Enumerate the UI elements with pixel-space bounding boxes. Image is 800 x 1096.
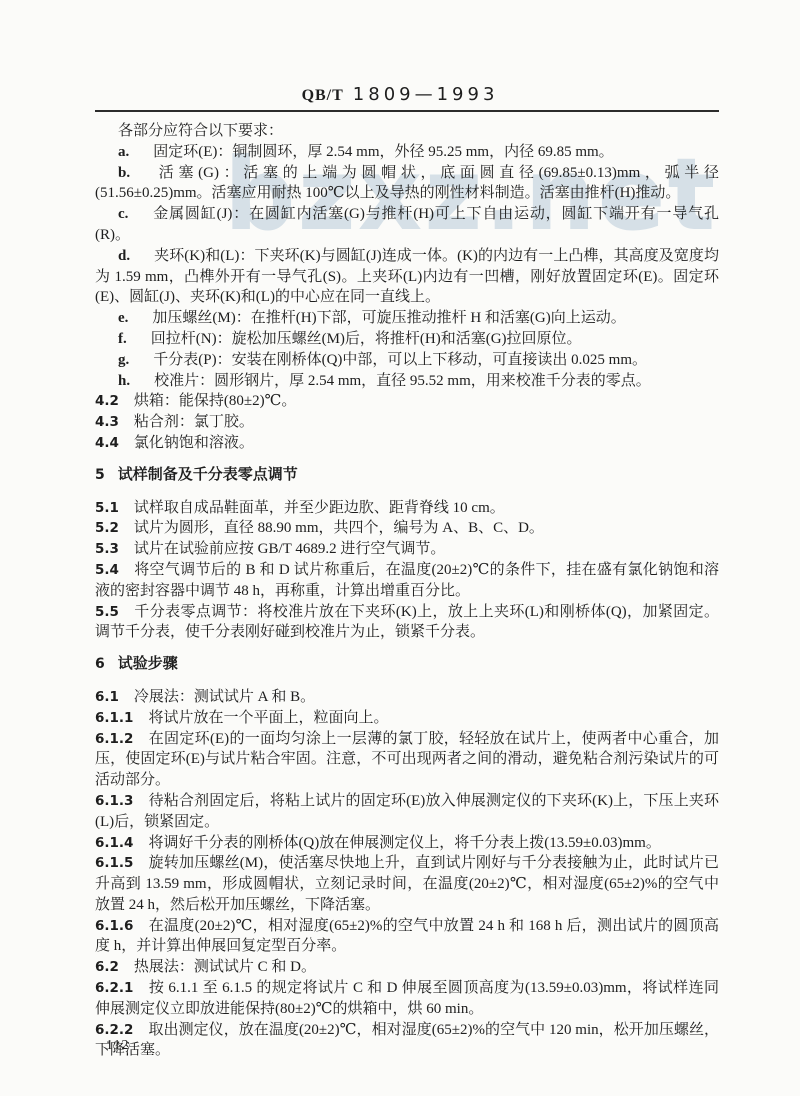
clause-6-2-text: 热展法：测试试片 C 和 D。 (134, 959, 316, 975)
list-item-h: h.校准片：圆形钢片，厚 2.54 mm，直径 95.52 mm，用来校准千分表… (95, 371, 719, 392)
clause-6-1-2: 6.1.2在固定环(E)的一面均匀涂上一层薄的氯丁胶，轻轻放在试片上，使两者中心… (95, 729, 719, 791)
section-5-title: 试样制备及千分表零点调节 (118, 465, 298, 483)
clause-5-5-number: 5.5 (95, 604, 119, 620)
document-body: 各部分应符合以下要求： a.固定环(E)：铜制圆环，厚 2.54 mm，外径 9… (95, 121, 719, 1061)
clause-6-1-3-number: 6.1.3 (95, 793, 133, 809)
clause-6-1-2-text: 在固定环(E)的一面均匀涂上一层薄的氯丁胶，轻轻放在试片上，使两者中心重合，加压… (95, 731, 719, 789)
clause-6-1-3-text: 待粘合剂固定后，将粘上试片的固定环(E)放入伸展测定仪的下夹环(K)上，下压上夹… (95, 793, 719, 830)
list-item-g: g.千分表(P)：安装在刚桥体(Q)中部，可以上下移动，可直接读出 0.025 … (95, 350, 719, 371)
clause-6-2-1-text: 按 6.1.1 至 6.1.5 的规定将试片 C 和 D 伸展至圆顶高度为(13… (95, 980, 719, 1017)
clause-6-1: 6.1冷展法：测试试片 A 和 B。 (95, 687, 719, 708)
clause-6-1-4-text: 将调好千分表的刚桥体(Q)放在伸展测定仪上，将千分表上拨(13.59±0.03)… (148, 835, 660, 851)
clause-6-1-6: 6.1.6在温度(20±2)℃，相对湿度(65±2)%的空气中放置 24 h 和… (95, 916, 719, 958)
standard-code-header: QB/T1809—1993 (0, 84, 800, 105)
clause-4-3-text: 粘合剂：氯丁胶。 (134, 414, 254, 430)
list-item-a: a.固定环(E)：铜制圆环，厚 2.54 mm，外径 95.25 mm，内径 6… (95, 142, 719, 163)
clause-6-2-2-number: 6.2.2 (95, 1022, 133, 1038)
list-item-g-label: g. (118, 352, 129, 368)
clause-4-2-text: 烘箱：能保持(80±2)℃。 (134, 393, 297, 409)
clause-4-3-number: 4.3 (95, 414, 119, 430)
clause-5-2-text: 试片为圆形，直径 88.90 mm，共四个，编号为 A、B、C、D。 (134, 520, 544, 536)
clause-6-1-number: 6.1 (95, 689, 119, 705)
clause-5-4-text: 将空气调节后的 B 和 D 试片称重后，在温度(20±2)℃的条件下，挂在盛有氯… (95, 562, 719, 599)
list-item-d-text: 夹环(K)和(L)：下夹环(K)与圆缸(J)连成一体。(K)的内边有一上凸榫，其… (95, 248, 719, 306)
header-rule (95, 110, 719, 112)
clause-4-4-number: 4.4 (95, 435, 119, 451)
list-item-f: f.回拉杆(N)：旋松加压螺丝(M)后，将推杆(H)和活塞(G)拉回原位。 (95, 329, 719, 350)
section-6-heading: 6试验步骤 (95, 653, 719, 675)
list-item-e-text: 加压螺丝(M)：在推杆(H)下部，可旋压推动推杆 H 和活塞(G)向上运动。 (152, 310, 625, 326)
clause-6-1-6-number: 6.1.6 (95, 918, 133, 934)
list-item-c-text: 金属圆缸(J)：在圆缸内活塞(G)与推杆(H)可上下自由运动，圆缸下端开有一导气… (95, 206, 719, 243)
clause-6-1-6-text: 在温度(20±2)℃，相对湿度(65±2)%的空气中放置 24 h 和 168 … (95, 918, 719, 955)
clause-5-1: 5.1试样取自成品鞋面革，并至少距边肷、距背脊线 10 cm。 (95, 498, 719, 519)
clause-6-2-number: 6.2 (95, 959, 119, 975)
clause-6-1-2-number: 6.1.2 (95, 731, 133, 747)
clause-6-1-5: 6.1.5旋转加压螺丝(M)，使活塞尽快地上升，直到试片刚好与千分表接触为止，此… (95, 853, 719, 915)
clause-6-2-1: 6.2.1按 6.1.1 至 6.1.5 的规定将试片 C 和 D 伸展至圆顶高… (95, 978, 719, 1020)
clause-5-1-text: 试样取自成品鞋面革，并至少距边肷、距背脊线 10 cm。 (134, 500, 505, 516)
list-item-g-text: 千分表(P)：安装在刚桥体(Q)中部，可以上下移动，可直接读出 0.025 mm… (153, 352, 647, 368)
list-item-e-label: e. (118, 310, 128, 326)
clause-5-3-number: 5.3 (95, 541, 119, 557)
clause-6-2-2-text: 取出测定仪，放在温度(20±2)℃，相对湿度(65±2)%的空气中 120 mi… (95, 1022, 719, 1059)
clause-5-5: 5.5千分表零点调节：将校准片放在下夹环(K)上，放上上夹环(L)和刚桥体(Q)… (95, 602, 719, 644)
standard-code-number: 1809—1993 (353, 84, 499, 105)
intro-paragraph: 各部分应符合以下要求： (95, 121, 719, 142)
clause-6-1-1-text: 将试片放在一个平面上，粒面向上。 (148, 710, 388, 726)
clause-4-4-text: 氯化钠饱和溶液。 (134, 435, 254, 451)
clause-5-4: 5.4将空气调节后的 B 和 D 试片称重后，在温度(20±2)℃的条件下，挂在… (95, 560, 719, 602)
clause-5-2: 5.2试片为圆形，直径 88.90 mm，共四个，编号为 A、B、C、D。 (95, 518, 719, 539)
list-item-f-text: 回拉杆(N)：旋松加压螺丝(M)后，将推杆(H)和活塞(G)拉回原位。 (151, 331, 582, 347)
list-item-h-text: 校准片：圆形钢片，厚 2.54 mm，直径 95.52 mm，用来校准千分表的零… (154, 373, 651, 389)
clause-6-1-text: 冷展法：测试试片 A 和 B。 (134, 689, 315, 705)
list-item-c-label: c. (118, 206, 128, 222)
clause-5-3: 5.3试片在试验前应按 GB/T 4689.2 进行空气调节。 (95, 539, 719, 560)
list-item-h-label: h. (118, 373, 130, 389)
clause-5-1-number: 5.1 (95, 500, 119, 516)
section-6-title: 试验步骤 (118, 654, 178, 672)
clause-6-2-2: 6.2.2取出测定仪，放在温度(20±2)℃，相对湿度(65±2)%的空气中 1… (95, 1020, 719, 1062)
list-item-a-label: a. (118, 144, 129, 160)
clause-6-1-3: 6.1.3待粘合剂固定后，将粘上试片的固定环(E)放入伸展测定仪的下夹环(K)上… (95, 791, 719, 833)
section-6-number: 6 (95, 656, 105, 672)
clause-6-1-1: 6.1.1将试片放在一个平面上，粒面向上。 (95, 708, 719, 729)
section-5-heading: 5试样制备及千分表零点调节 (95, 464, 719, 486)
clause-6-1-1-number: 6.1.1 (95, 710, 133, 726)
list-item-b-label: b. (118, 165, 130, 181)
clause-6-1-4-number: 6.1.4 (95, 835, 133, 851)
clause-5-2-number: 5.2 (95, 520, 119, 536)
page-number: 112 (106, 1038, 129, 1054)
clause-4-2: 4.2烘箱：能保持(80±2)℃。 (95, 391, 719, 412)
clause-6-1-4: 6.1.4将调好千分表的刚桥体(Q)放在伸展测定仪上，将千分表上拨(13.59±… (95, 833, 719, 854)
list-item-b-text: 活塞(G)：活塞的上端为圆帽状，底面圆直径(69.85±0.13)mm，弧半径(… (95, 165, 719, 202)
clause-6-2-1-number: 6.2.1 (95, 980, 133, 996)
list-item-a-text: 固定环(E)：铜制圆环，厚 2.54 mm，外径 95.25 mm，内径 69.… (153, 144, 613, 160)
clause-6-2: 6.2热展法：测试试片 C 和 D。 (95, 957, 719, 978)
clause-6-1-5-number: 6.1.5 (95, 855, 133, 871)
clause-5-5-text: 千分表零点调节：将校准片放在下夹环(K)上，放上上夹环(L)和刚桥体(Q)，加紧… (95, 604, 719, 641)
list-item-d: d.夹环(K)和(L)：下夹环(K)与圆缸(J)连成一体。(K)的内边有一上凸榫… (95, 246, 719, 308)
list-item-f-label: f. (118, 331, 127, 347)
clause-4-4: 4.4氯化钠饱和溶液。 (95, 433, 719, 454)
list-item-e: e.加压螺丝(M)：在推杆(H)下部，可旋压推动推杆 H 和活塞(G)向上运动。 (95, 308, 719, 329)
clause-5-3-text: 试片在试验前应按 GB/T 4689.2 进行空气调节。 (134, 541, 445, 557)
clause-6-1-5-text: 旋转加压螺丝(M)，使活塞尽快地上升，直到试片刚好与千分表接触为止，此时试片已升… (95, 855, 719, 913)
clause-5-4-number: 5.4 (95, 562, 119, 578)
clause-4-3: 4.3粘合剂：氯丁胶。 (95, 412, 719, 433)
clause-4-2-number: 4.2 (95, 393, 119, 409)
list-item-b: b.活塞(G)：活塞的上端为圆帽状，底面圆直径(69.85±0.13)mm，弧半… (95, 163, 719, 205)
intro-text: 各部分应符合以下要求： (118, 123, 283, 139)
list-item-c: c.金属圆缸(J)：在圆缸内活塞(G)与推杆(H)可上下自由运动，圆缸下端开有一… (95, 204, 719, 246)
list-item-d-label: d. (118, 248, 130, 264)
section-5-number: 5 (95, 467, 105, 483)
standard-code-prefix: QB/T (302, 87, 344, 104)
